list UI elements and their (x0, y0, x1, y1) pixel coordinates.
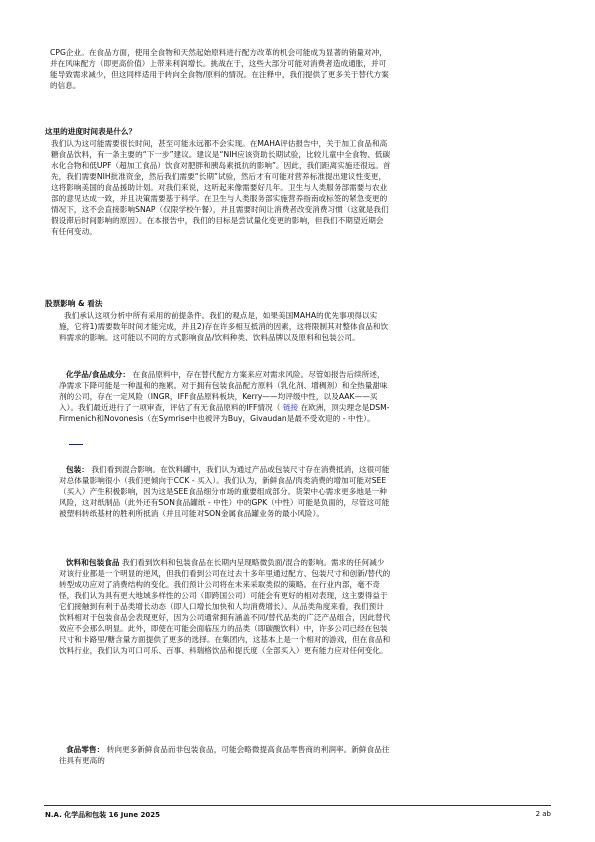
beverages-paragraph: 饮料和包装食品 我们看到饮料和包装食品在长期内呈现略微负面/混合的影响。需求的任… (59, 557, 391, 656)
chemicals-lead: 化学品/食品成分： (66, 370, 130, 379)
ifff-review-link[interactable]: 链接 (283, 403, 298, 412)
intro-paragraph: CPG企业。在食品方面，使用全食物和天然起始原料进行配方改革的机会可能成为显著的… (50, 47, 390, 91)
footer-title: N.A. 化学品和包装 16 June 2025 (45, 810, 160, 820)
retail-text: 转向更多新鲜食品而非包装食品，可能会略微提高食品零售商的利润率。新鲜食品往往具有… (59, 745, 390, 765)
beverages-text: 我们看到饮料和包装食品在长期内呈现略微负面/混合的影响。需求的任何减少对该行业都… (59, 558, 390, 655)
packaging-paragraph: 包装： 我们看到混合影响。在饮料罐中，我们认为通过产品或包装尺寸存在消费抵消，这… (59, 464, 391, 519)
chemicals-paragraph: 化学品/食品成分： 在食品原料中，存在替代配方方案来应对需求风险。尽管如报告后续… (59, 369, 391, 424)
section-heading-impact: 股票影响 & 看法 (45, 298, 102, 309)
packaging-lead: 包装： (66, 465, 89, 474)
timeline-paragraph: 我们认为这可能需要很长时间，甚至可能永远都不会实现。在MAHA评估报告中，关于加… (51, 138, 391, 237)
section-heading-timeline: 这里的进度时间表是什么？ (45, 126, 136, 137)
impact-paragraph: 我们承认这项分析中所有采用的前提条件。我们的观点是，如果美国MAHA的优先事项得… (59, 310, 391, 343)
footer-divider (44, 805, 551, 806)
retail-lead: 食品零售： (66, 745, 104, 754)
beverages-lead: 饮料和包装食品 (66, 558, 120, 567)
retail-paragraph: 食品零售： 转向更多新鲜食品而非包装食品，可能会略微提高食品零售商的利润率。新鲜… (59, 744, 391, 766)
footnote-link-rule[interactable] (69, 444, 83, 445)
packaging-text: 我们看到混合影响。在饮料罐中，我们认为通过产品或包装尺寸存在消费抵消，这很可能对… (59, 465, 390, 518)
page-number: 2 ab (536, 810, 551, 818)
